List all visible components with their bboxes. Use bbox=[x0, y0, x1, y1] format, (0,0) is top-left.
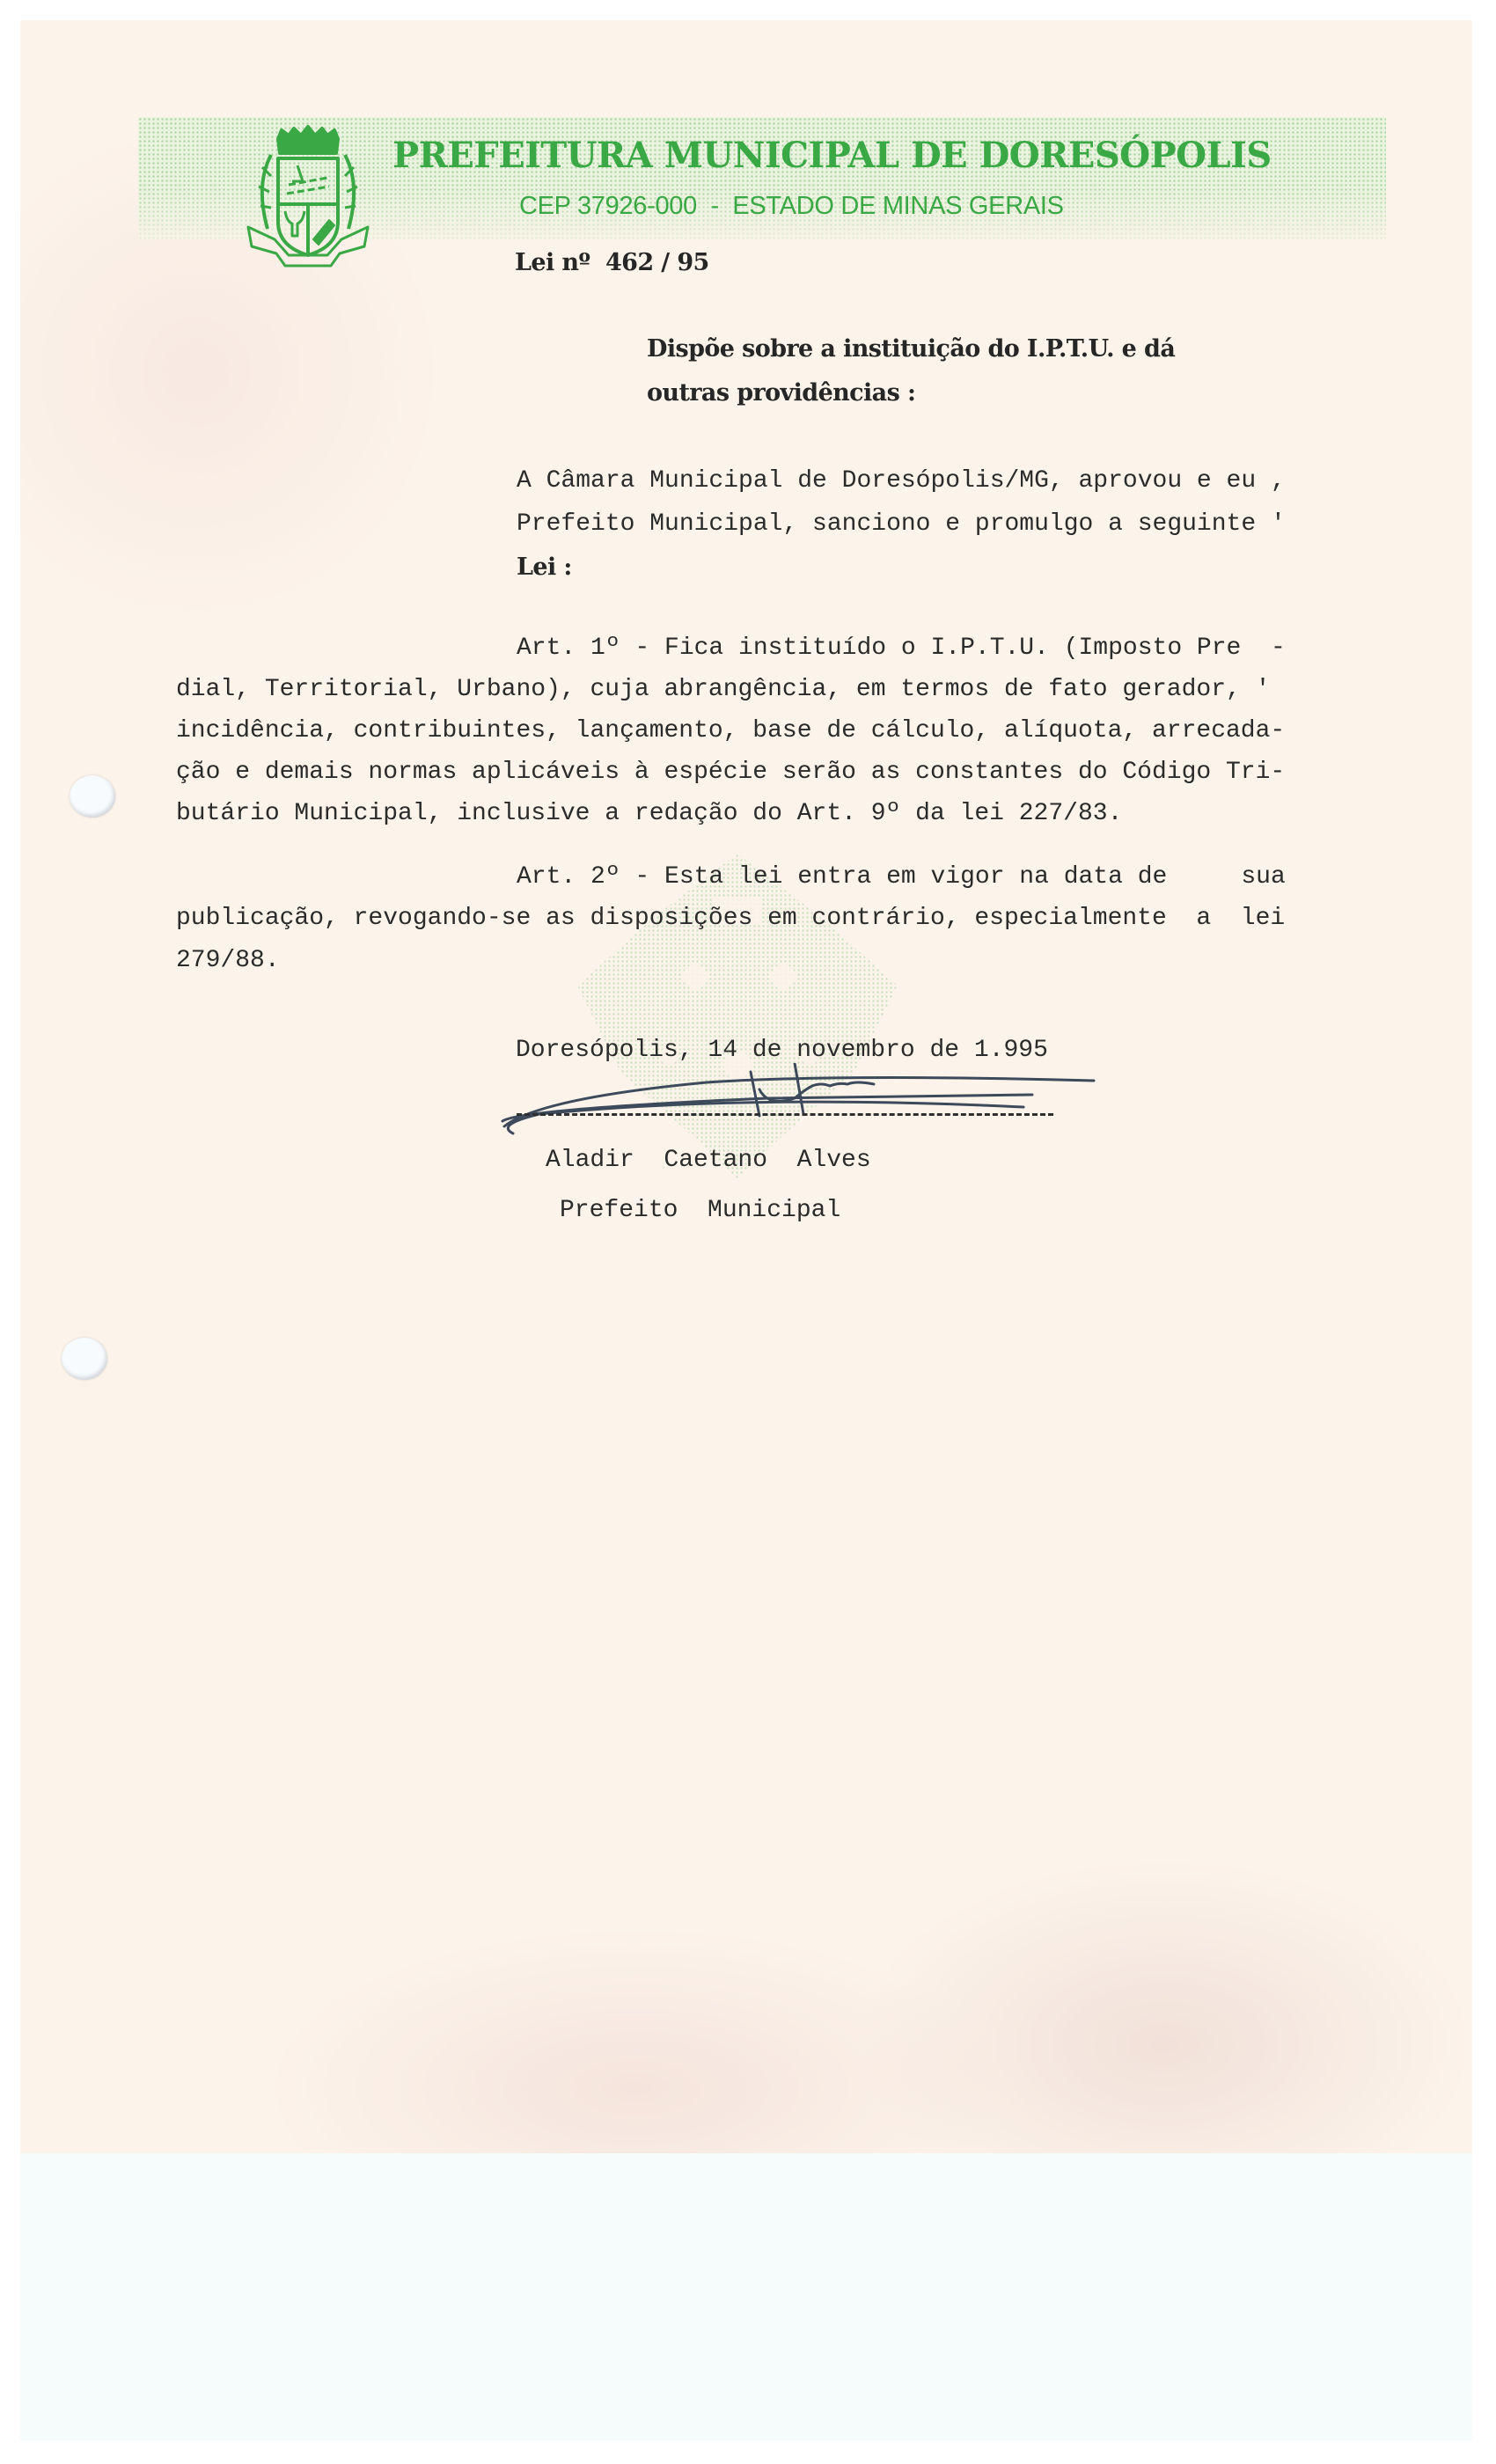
punch-hole-bottom bbox=[62, 1338, 107, 1380]
handwritten-signature bbox=[487, 1063, 1103, 1142]
preamble-line-3: Lei : bbox=[517, 555, 572, 579]
article-1-line-3: incidência, contribuintes, lançamento, b… bbox=[176, 719, 1285, 744]
ementa-line-1: Dispõe sobre a instituição do I.P.T.U. e… bbox=[647, 337, 1175, 361]
preamble-line-2: Prefeito Municipal, sanciono e promulgo … bbox=[517, 512, 1286, 537]
preamble-line-1: A Câmara Municipal de Doresópolis/MG, ap… bbox=[517, 469, 1286, 494]
letterhead-subtitle: CEP 37926-000 - ESTADO DE MINAS GERAIS bbox=[519, 192, 1064, 221]
signature-line bbox=[517, 1113, 1053, 1116]
law-number: Lei nº 462 / 95 bbox=[515, 251, 709, 275]
article-1-line-5: butário Municipal, inclusive a redação d… bbox=[176, 802, 1122, 826]
scanner-background bbox=[20, 2153, 1472, 2440]
article-2-line-2: publicação, revogando-se as disposições … bbox=[176, 906, 1285, 931]
document-page: PREFEITURA MUNICIPAL DE DORESÓPOLIS CEP … bbox=[20, 20, 1472, 2153]
article-1-line-1: Art. 1º - Fica instituído o I.P.T.U. (Im… bbox=[517, 636, 1286, 661]
article-1-line-4: ção e demais normas aplicáveis à espécie… bbox=[176, 760, 1285, 785]
article-2-line-3: 279/88. bbox=[176, 949, 280, 973]
signer-name: Aladir Caetano Alves bbox=[546, 1148, 871, 1173]
article-2-line-1: Art. 2º - Esta lei entra em vigor na dat… bbox=[517, 865, 1286, 890]
punch-hole-top bbox=[70, 775, 115, 818]
municipal-coat-of-arms-icon bbox=[236, 123, 380, 268]
article-1-line-2: dial, Territorial, Urbano), cuja abrangê… bbox=[176, 678, 1270, 702]
letterhead-title: PREFEITURA MUNICIPAL DE DORESÓPOLIS bbox=[392, 135, 1272, 176]
ementa-line-2: outras providências : bbox=[647, 381, 915, 405]
place-date: Doresópolis, 14 de novembro de 1.995 bbox=[516, 1038, 1048, 1063]
signer-title: Prefeito Municipal bbox=[560, 1199, 840, 1223]
